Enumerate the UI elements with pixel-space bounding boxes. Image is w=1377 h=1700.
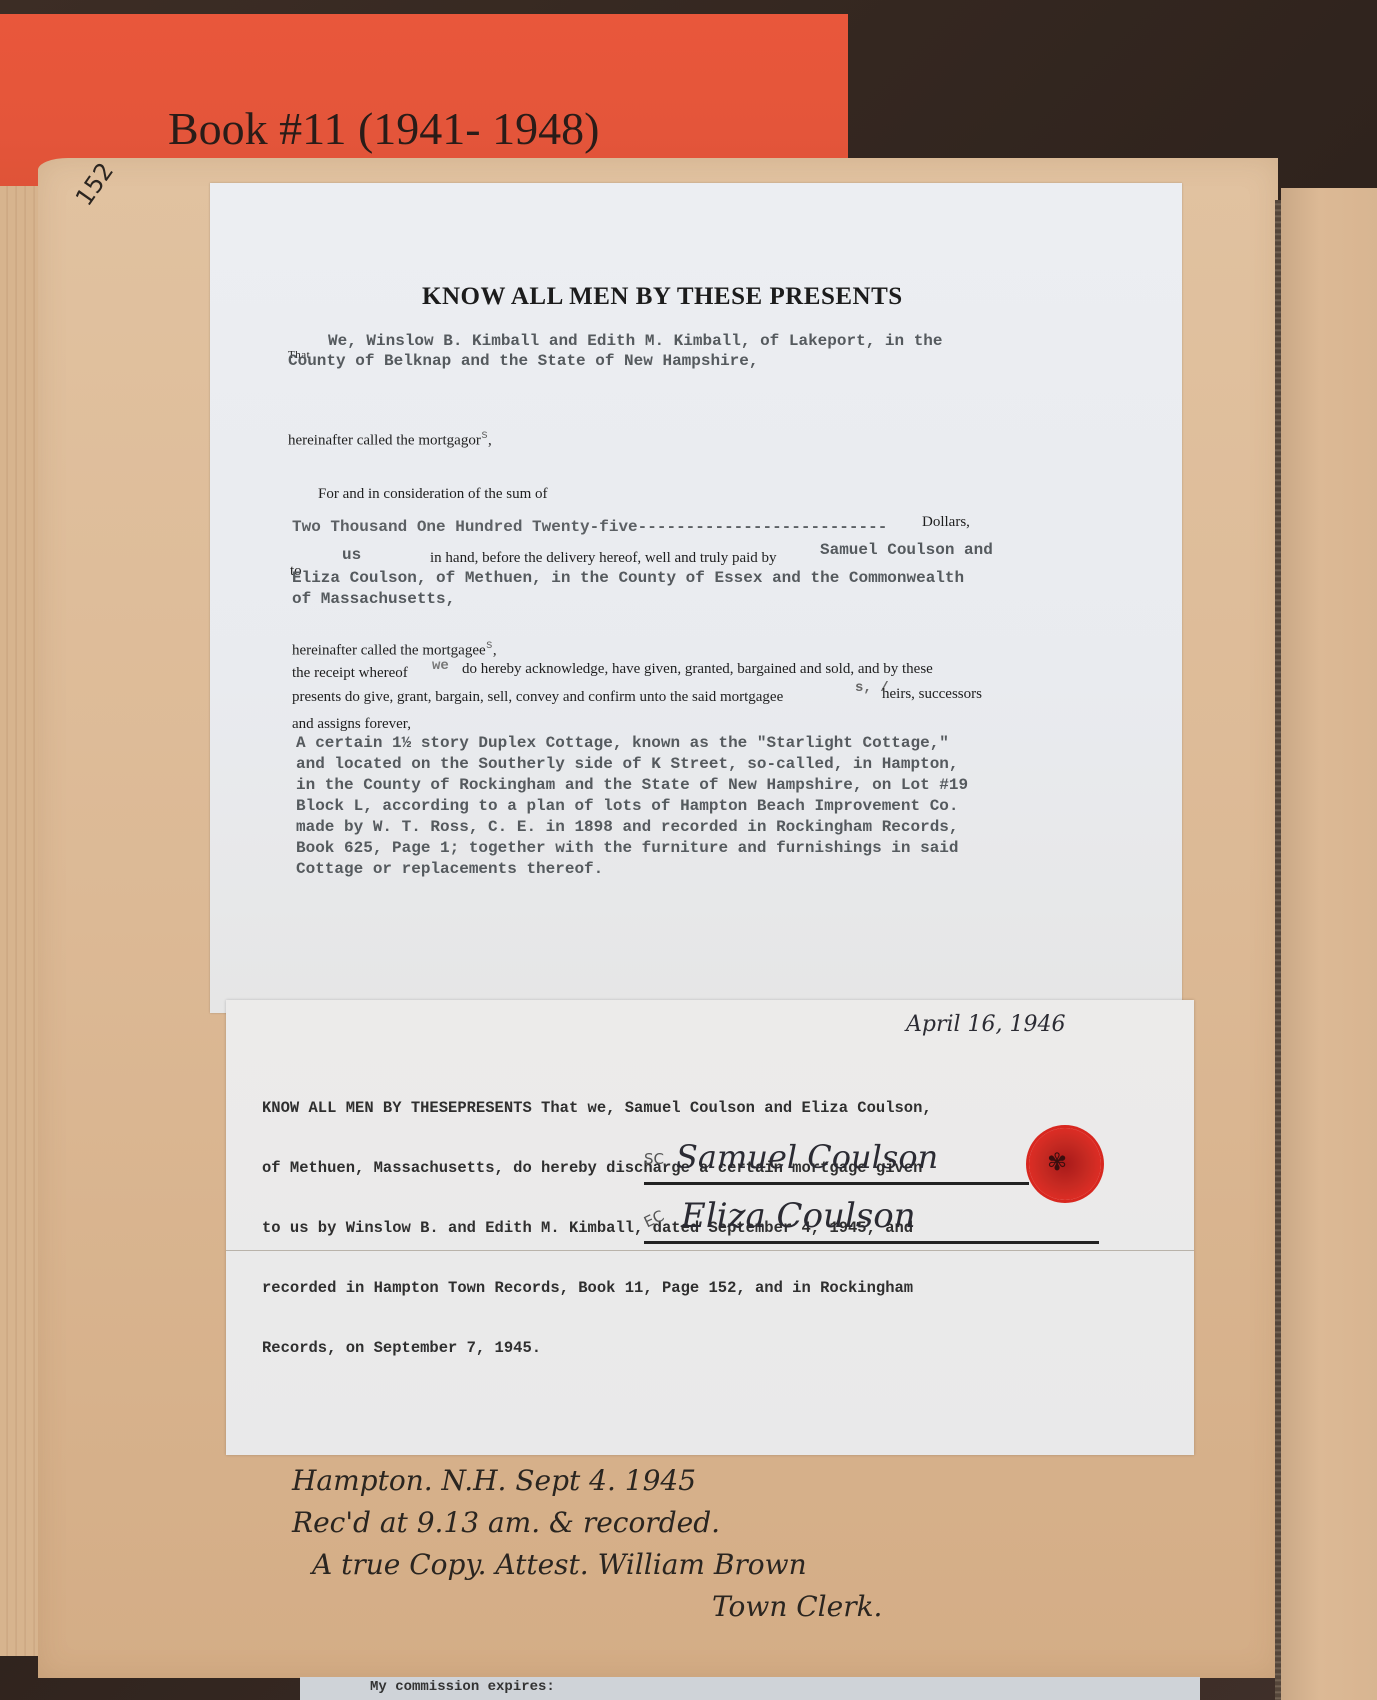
fold-line [226, 1250, 1194, 1251]
mortgagees-line-1: Samuel Coulson and [820, 540, 993, 561]
mortgagee-label: hereinafter called the mortgagee [292, 642, 486, 658]
property-line: Cottage or replacements thereof. [296, 859, 603, 880]
discharge-line: KNOW ALL MEN BY THESEPRESENTS That we, S… [262, 1098, 932, 1118]
cover-title: Book #11 (1941- 1948) [168, 102, 599, 155]
mortgagees-line-2: Eliza Coulson, of Methuen, in the County… [292, 568, 964, 589]
paid-by-label: in hand, before the delivery hereof, wel… [430, 550, 777, 567]
signature-initials-1: SC [644, 1150, 664, 1168]
mortgagor-label: hereinafter called the mortgagor [288, 432, 481, 448]
recording-line: Rec'd at 9.13 am. & recorded. [292, 1502, 882, 1544]
commission-text: My commission expires: [370, 1679, 555, 1695]
mortgagor-suffix: s [481, 428, 488, 442]
sum-unit: Dollars, [922, 514, 970, 531]
assigns-line: and assigns forever, [292, 716, 411, 733]
discharge-line: Records, on September 7, 1945. [262, 1338, 932, 1358]
receipt-rest: do hereby acknowledge, have given, grant… [462, 661, 933, 678]
underlying-sheet: My commission expires: [300, 1677, 1200, 1700]
sum-amount: Two Thousand One Hundred Twenty-five----… [292, 517, 887, 538]
mortgagees-line-3: of Massachusetts, [292, 589, 455, 610]
signature-line-2 [644, 1241, 1099, 1244]
deed-heading: KNOW ALL MEN BY THESE PRESENTS [422, 283, 903, 311]
signature-line-1 [644, 1182, 1029, 1185]
to-typed: us [342, 545, 361, 566]
signature-samuel: Samuel Coulson [676, 1138, 938, 1176]
property-line: A certain 1½ story Duplex Cottage, known… [296, 733, 949, 754]
receipt-typed: we [432, 656, 449, 677]
right-page [1281, 188, 1377, 1700]
book-spine [1275, 200, 1281, 1700]
mortgagee-suffix: s [486, 638, 493, 652]
mortgagee-clause: hereinafter called the mortgagees, [292, 638, 497, 659]
property-line: and located on the Southerly side of K S… [296, 754, 959, 775]
mortgagors-line-2: County of Belknap and the State of New H… [288, 351, 758, 372]
recording-note: Hampton. N.H. Sept 4. 1945 Rec'd at 9.13… [292, 1460, 882, 1628]
wax-seal-icon: ✾ [1029, 1128, 1101, 1200]
presents-tail: heirs, successors [882, 686, 982, 703]
signature-eliza: Eliza Coulson [681, 1196, 916, 1236]
presents-line: presents do give, grant, bargain, sell, … [292, 689, 783, 706]
seal-emblem-icon: ✾ [1047, 1148, 1067, 1176]
property-line: Book 625, Page 1; together with the furn… [296, 838, 959, 859]
property-line: in the County of Rockingham and the Stat… [296, 775, 968, 796]
receipt-prefix: the receipt whereof [292, 665, 408, 682]
recording-line: Hampton. N.H. Sept 4. 1945 [292, 1460, 882, 1502]
mortgagor-clause: hereinafter called the mortgagors, [288, 428, 492, 449]
recording-line: Town Clerk. [292, 1586, 882, 1628]
consideration-label: For and in consideration of the sum of [318, 486, 548, 503]
recording-line: A true Copy. Attest. William Brown [292, 1544, 882, 1586]
mortgage-discharge: April 16, 1946 KNOW ALL MEN BY THESEPRES… [226, 1000, 1194, 1455]
mortgage-deed: KNOW ALL MEN BY THESE PRESENTS That We, … [210, 183, 1182, 1013]
property-line: made by W. T. Ross, C. E. in 1898 and re… [296, 817, 959, 838]
discharge-line: recorded in Hampton Town Records, Book 1… [262, 1278, 932, 1298]
discharge-date: April 16, 1946 [906, 1012, 1066, 1037]
mortgagors-line-1: We, Winslow B. Kimball and Edith M. Kimb… [328, 331, 943, 352]
property-line: Block L, according to a plan of lots of … [296, 796, 959, 817]
